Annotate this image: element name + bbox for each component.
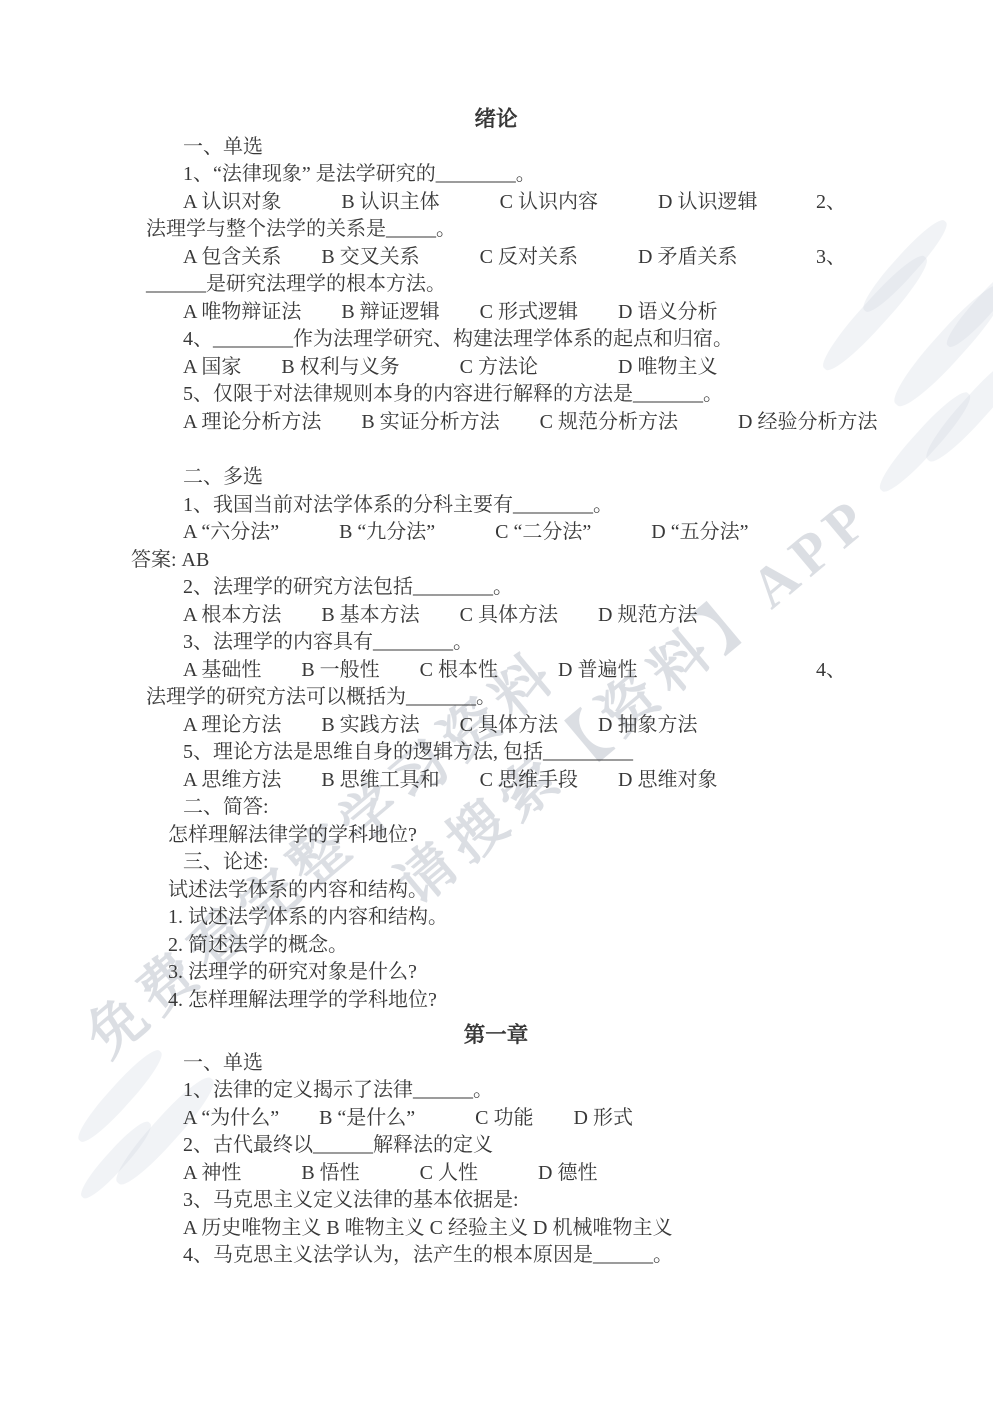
line-text: A 基础性 B 一般性 C 根本性 D 普遍性 xyxy=(183,657,637,685)
doc-line: A 国家 B 权利与义务 C 方法论 D 唯物主义 xyxy=(183,354,846,382)
line-text: 法理学与整个法学的关系是_____。 xyxy=(146,216,456,244)
doc-line: 1、我国当前对法学体系的分科主要有________。 xyxy=(183,492,846,520)
line-text: 一、单选 xyxy=(183,134,263,162)
doc-line: A 思维方法 B 思维工具和 C 思维手段 D 思维对象 xyxy=(183,767,846,795)
brush-stroke-decoration xyxy=(919,347,993,468)
doc-line: 2、古代最终以______解释法的定义 xyxy=(183,1132,846,1160)
line-text: 4、马克思主义法学认为，法产生的根本原因是______。 xyxy=(183,1242,673,1270)
line-text: A 根本方法 B 基本方法 C 具体方法 D 规范方法 xyxy=(183,602,697,630)
doc-line: 怎样理解法律学的学科地位? xyxy=(168,822,846,850)
doc-line: 二、多选 xyxy=(183,464,846,492)
doc-line: ______是研究法理学的根本方法。 xyxy=(146,271,846,299)
line-text: ______是研究法理学的根本方法。 xyxy=(146,271,446,299)
doc-line: 1、法律的定义揭示了法律______。 xyxy=(183,1077,846,1105)
line-text: 1、法律的定义揭示了法律______。 xyxy=(183,1077,493,1105)
line-text: 答案: AB xyxy=(131,547,209,575)
doc-line: 2. 简述法学的概念。 xyxy=(168,932,846,960)
line-text: 5、理论方法是思维自身的逻辑方法, 包括_________ xyxy=(183,739,633,767)
line-text: 1、我国当前对法学体系的分科主要有________。 xyxy=(183,492,613,520)
line-text: 试述法学体系的内容和结构。 xyxy=(168,877,428,905)
line-text: A 包含关系 B 交叉关系 C 反对关系 D 矛盾关系 xyxy=(183,244,737,272)
doc-line: A 理论方法 B 实践方法 C 具体方法 D 抽象方法 xyxy=(183,712,846,740)
document-body: 绪论一、单选1、“法律现象” 是法学研究的________。A 认识对象 B 认… xyxy=(146,106,846,1270)
line-text: 2. 简述法学的概念。 xyxy=(168,932,348,960)
section-title: 绪论 xyxy=(146,106,846,134)
doc-line: 1、“法律现象” 是法学研究的________。 xyxy=(183,161,846,189)
line-text: A “六分法” B “九分法” C “二分法” D “五分法” xyxy=(183,519,748,547)
line-text: 1、“法律现象” 是法学研究的________。 xyxy=(183,161,536,189)
line-text: A 认识对象 B 认识主体 C 认识内容 D 认识逻辑 xyxy=(183,189,757,217)
doc-line: A 理论分析方法 B 实证分析方法 C 规范分析方法 D 经验分析方法 xyxy=(183,409,846,437)
doc-line: A 唯物辩证法 B 辩证逻辑 C 形式逻辑 D 语义分析 xyxy=(183,299,846,327)
doc-line: 一、单选 xyxy=(183,1050,846,1078)
brush-stroke-decoration xyxy=(885,276,993,415)
line-text: A “为什么” B “是什么” C 功能 D 形式 xyxy=(183,1105,633,1133)
line-text: 怎样理解法律学的学科地位? xyxy=(168,822,417,850)
line-text: 4、________作为法理学研究、构建法理学体系的起点和归宿。 xyxy=(183,326,733,354)
wrapped-question-number: 3、 xyxy=(816,244,846,272)
line-text: A 神性 B 悟性 C 人性 D 德性 xyxy=(183,1160,597,1188)
doc-line: 法理学与整个法学的关系是_____。 xyxy=(146,216,846,244)
line-text: 3、马克思主义定义法律的基本依据是: xyxy=(183,1187,519,1215)
doc-line: 5、理论方法是思维自身的逻辑方法, 包括_________ xyxy=(183,739,846,767)
line-text: A 历史唯物主义 B 唯物主义 C 经验主义 D 机械唯物主义 xyxy=(183,1215,672,1243)
doc-line: 一、单选 xyxy=(183,134,846,162)
line-text: A 思维方法 B 思维工具和 C 思维手段 D 思维对象 xyxy=(183,767,717,795)
doc-line: 3、法理学的内容具有________。 xyxy=(183,629,846,657)
doc-line: A 认识对象 B 认识主体 C 认识内容 D 认识逻辑2、 xyxy=(183,189,846,217)
doc-line: A 神性 B 悟性 C 人性 D 德性 xyxy=(183,1160,846,1188)
doc-line: A 根本方法 B 基本方法 C 具体方法 D 规范方法 xyxy=(183,602,846,630)
doc-line: A 基础性 B 一般性 C 根本性 D 普遍性4、 xyxy=(183,657,846,685)
doc-line: 二、简答: xyxy=(183,794,846,822)
doc-line: 1. 试述法学体系的内容和结构。 xyxy=(168,904,846,932)
section-title: 第一章 xyxy=(146,1022,846,1050)
brush-stroke-decoration xyxy=(873,386,978,499)
line-text: A 理论分析方法 B 实证分析方法 C 规范分析方法 D 经验分析方法 xyxy=(183,409,877,437)
doc-line: 3. 法理学的研究对象是什么? xyxy=(168,959,846,987)
doc-line: 5、仅限于对法律规则本身的内容进行解释的方法是_______。 xyxy=(183,381,846,409)
brush-stroke-decoration xyxy=(857,214,954,318)
line-text: 一、单选 xyxy=(183,1050,263,1078)
doc-line: 4、________作为法理学研究、构建法理学体系的起点和归宿。 xyxy=(183,326,846,354)
line-text: 4. 怎样理解法理学的学科地位? xyxy=(168,987,437,1015)
brush-stroke-decoration xyxy=(75,1116,157,1204)
line-text: A 唯物辩证法 B 辩证逻辑 C 形式逻辑 D 语义分析 xyxy=(183,299,717,327)
line-text: 3. 法理学的研究对象是什么? xyxy=(168,959,417,987)
line-text: 二、多选 xyxy=(183,464,263,492)
doc-line: A 历史唯物主义 B 唯物主义 C 经验主义 D 机械唯物主义 xyxy=(183,1215,846,1243)
doc-line: 2、法理学的研究方法包括________。 xyxy=(183,574,846,602)
line-text: 3、法理学的内容具有________。 xyxy=(183,629,473,657)
doc-line: A 包含关系 B 交叉关系 C 反对关系 D 矛盾关系3、 xyxy=(183,244,846,272)
line-text: 三、论述: xyxy=(183,849,269,877)
doc-line: A “为什么” B “是什么” C 功能 D 形式 xyxy=(183,1105,846,1133)
doc-line: 答案: AB xyxy=(131,547,846,575)
line-text: 2、古代最终以______解释法的定义 xyxy=(183,1132,493,1160)
line-text: 1. 试述法学体系的内容和结构。 xyxy=(168,904,448,932)
doc-line: A “六分法” B “九分法” C “二分法” D “五分法” xyxy=(183,519,846,547)
doc-line: 3、马克思主义定义法律的基本依据是: xyxy=(183,1187,846,1215)
brush-stroke-decoration xyxy=(941,257,993,352)
doc-line: 三、论述: xyxy=(183,849,846,877)
line-text: 法理学的研究方法可以概括为_______。 xyxy=(146,684,496,712)
line-text: A 国家 B 权利与义务 C 方法论 D 唯物主义 xyxy=(183,354,717,382)
wrapped-question-number: 4、 xyxy=(816,657,846,685)
document-page: 免费看完整学习资料 请搜索【资料】APP 绪论一、单选1、“法律现象” 是法学研… xyxy=(0,0,993,1404)
wrapped-question-number: 2、 xyxy=(816,189,846,217)
line-text: 5、仅限于对法律规则本身的内容进行解释的方法是_______。 xyxy=(183,381,723,409)
line-text: A 理论方法 B 实践方法 C 具体方法 D 抽象方法 xyxy=(183,712,697,740)
doc-line: 法理学的研究方法可以概括为_______。 xyxy=(146,684,846,712)
doc-line: 4. 怎样理解法理学的学科地位? xyxy=(168,987,846,1015)
line-text: 二、简答: xyxy=(183,794,269,822)
doc-line: 4、马克思主义法学认为，法产生的根本原因是______。 xyxy=(183,1242,846,1270)
line-text: 2、法理学的研究方法包括________。 xyxy=(183,574,513,602)
doc-line: 试述法学体系的内容和结构。 xyxy=(168,877,846,905)
